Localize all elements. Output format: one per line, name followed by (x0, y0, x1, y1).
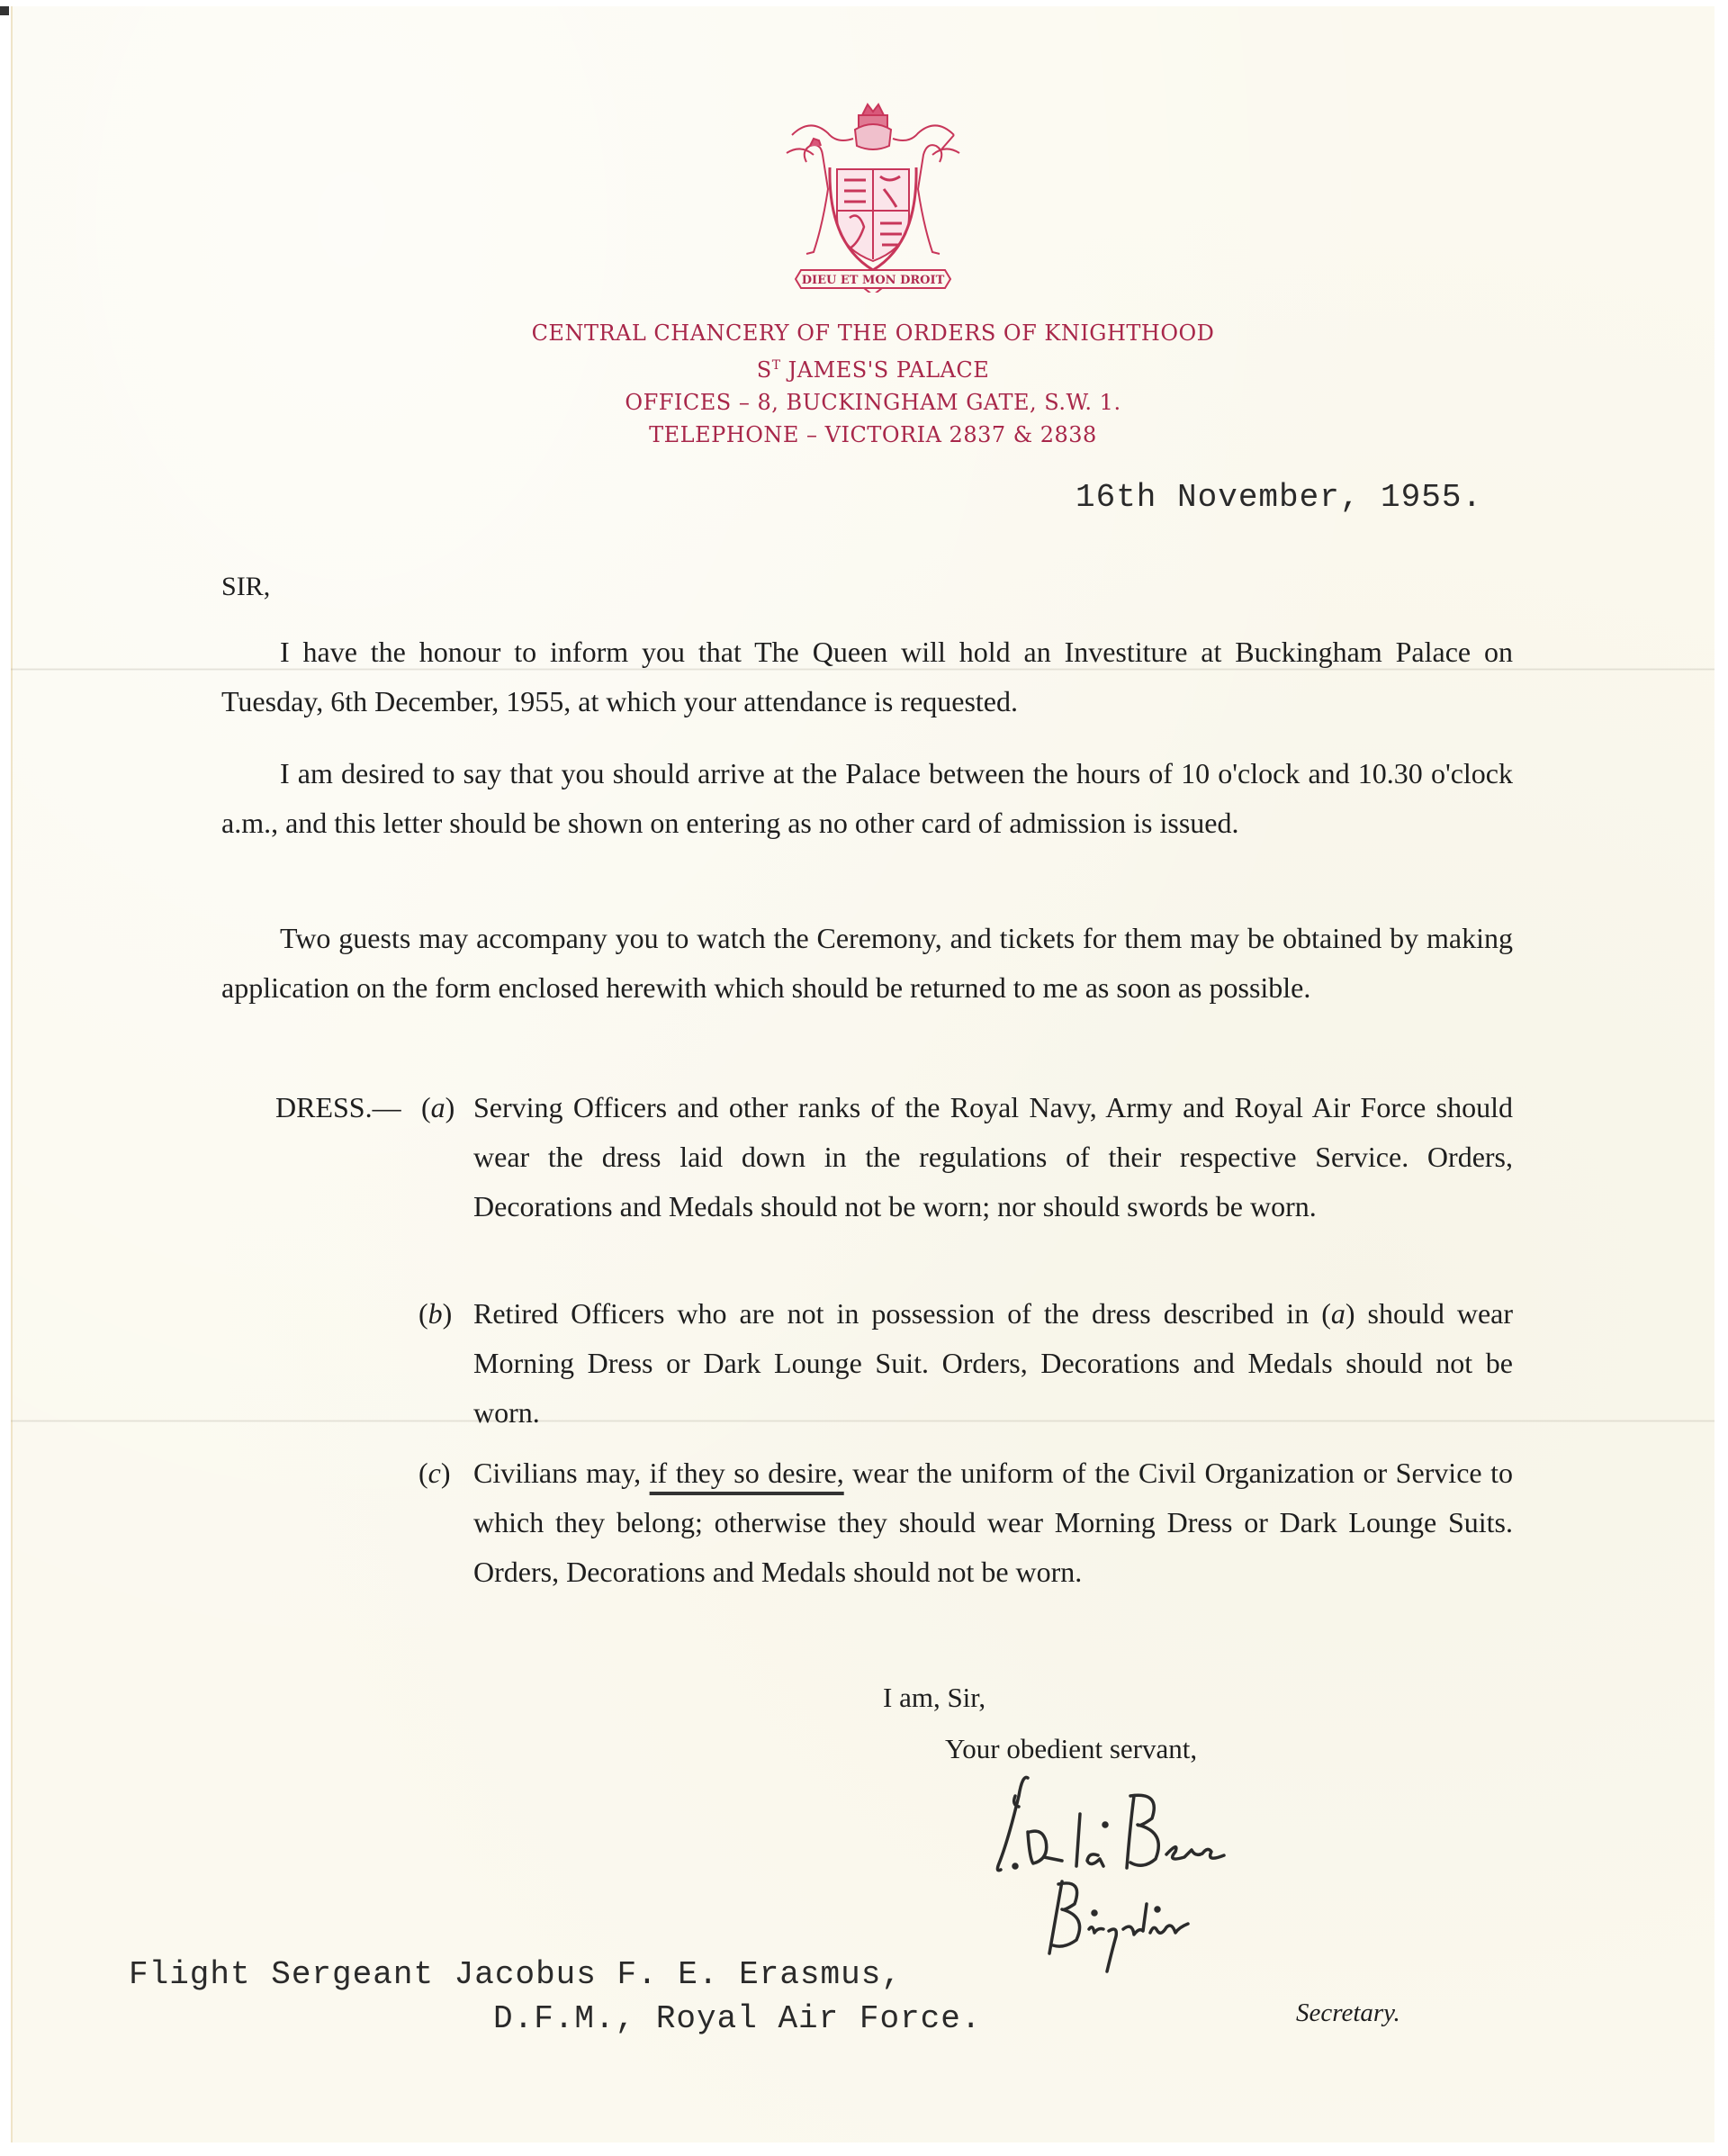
salutation: SIR, (221, 572, 270, 602)
svg-text:DIEU ET MON DROIT: DIEU ET MON DROIT (802, 274, 945, 287)
paragraph-guests: Two guests may accompany you to watch th… (221, 914, 1513, 1013)
paragraph-arrival-time: I am desired to say that you should arri… (221, 749, 1513, 848)
letterhead-telephone: TELEPHONE – VICTORIA 2837 & 2838 (270, 419, 1476, 451)
addressee-name: Flight Sergeant Jacobus F. E. Erasmus, (129, 1956, 902, 1993)
letterhead-address: OFFICES – 8, BUCKINGHAM GATE, S.W. 1. (270, 386, 1476, 419)
dress-item-b: Retired Officers who are not in possessi… (473, 1289, 1513, 1438)
dress-item-c: Civilians may, if they so desire, wear t… (473, 1448, 1513, 1597)
dress-item-marker-a: (a) (421, 1083, 454, 1132)
scan-edge-mark (0, 6, 9, 15)
handwritten-signature (963, 1769, 1368, 1976)
signatory-title: Secretary. (1296, 1998, 1400, 2028)
closing-line-1: I am, Sir, (883, 1682, 985, 1714)
addressee-honours: D.F.M., Royal Air Force. (493, 2000, 981, 2037)
dress-heading: DRESS.— (275, 1083, 401, 1132)
letter-date: 16th November, 1955. (1075, 479, 1482, 516)
dress-item-a: Serving Officers and other ranks of the … (473, 1083, 1513, 1231)
underlined-phrase: if they so desire, (650, 1457, 844, 1489)
closing-line-2: Your obedient servant, (945, 1733, 1197, 1765)
letterhead-palace: ST JAMES'S PALACE (270, 349, 1476, 386)
royal-coat-of-arms-icon: DIEU ET MON DROIT (774, 99, 972, 293)
paragraph-investiture-notice: I have the honour to inform you that The… (221, 627, 1513, 726)
letterhead-office-name: CENTRAL CHANCERY OF THE ORDERS OF KNIGHT… (270, 317, 1476, 349)
dress-item-marker-c: (c) (418, 1448, 451, 1498)
letterhead: CENTRAL CHANCERY OF THE ORDERS OF KNIGHT… (270, 317, 1476, 451)
dress-item-marker-b: (b) (418, 1289, 452, 1339)
